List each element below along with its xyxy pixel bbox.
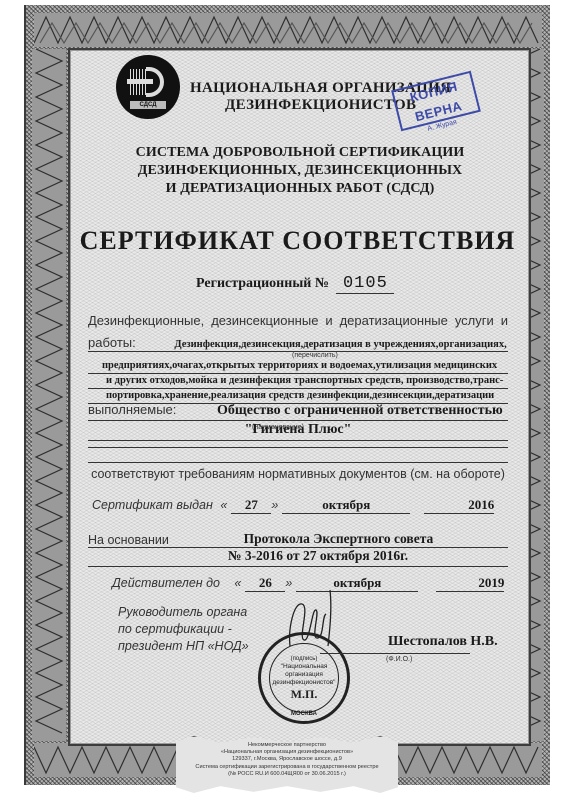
footer-line2: «Национальная организация дезинфекционис… bbox=[176, 749, 398, 756]
services-line: и других отходов,мойка и дезинфекция тра… bbox=[88, 374, 508, 389]
seal-city: МОСКВА bbox=[261, 711, 347, 717]
issued-month: октября bbox=[282, 497, 410, 514]
footer-line1: Некоммерческое партнерство bbox=[176, 742, 398, 749]
guilloche-top-band bbox=[34, 13, 542, 47]
footer-issuer-info: Некоммерческое партнерство «Национальная… bbox=[176, 742, 398, 778]
issued-year: 2016 bbox=[424, 497, 494, 514]
conformity-statement: соответствуют требованиям нормативных до… bbox=[88, 467, 508, 481]
blank-line bbox=[88, 461, 508, 463]
seal-line1: "Национальная bbox=[261, 663, 347, 671]
services-lead-label: работы: bbox=[88, 335, 136, 350]
system-title-line2: ДЕЗИНФЕКЦИОННЫХ, ДЕЗИНСЕКЦИОННЫХ bbox=[120, 162, 480, 180]
head-position-label: Руководитель органа по сертификации - пр… bbox=[118, 604, 249, 655]
performer-line: выполняемые: Общество с ограниченной отв… bbox=[88, 403, 508, 421]
issued-date-row: Сертификат выдан « 27» октября 2016 bbox=[92, 496, 494, 514]
signature-line bbox=[320, 653, 470, 654]
signer-name: Шестопалов Н.В. bbox=[388, 634, 498, 650]
head-label-line1: Руководитель органа bbox=[118, 604, 249, 621]
footer-line5: (№ РОСС RU.И 600.04ЩЯ00 от 30.06.2015 г.… bbox=[176, 771, 398, 778]
valid-until-year: 2019 bbox=[436, 575, 504, 592]
registration-number: 0105 bbox=[336, 274, 394, 294]
services-line: работы: Дезинфекция,дезинсекция,дератиза… bbox=[88, 336, 508, 352]
basis-label: На основании bbox=[88, 533, 169, 547]
footer-line3: 129337, г.Москва, Ярославское шоссе, д.9 bbox=[176, 756, 398, 763]
issued-label: Сертификат выдан bbox=[92, 498, 213, 512]
sdsd-logo-icon: СДСД bbox=[116, 55, 180, 119]
head-label-line2: по сертификации - bbox=[118, 621, 249, 638]
services-intro: Дезинфекционные, дезинсекционные и дерат… bbox=[88, 313, 508, 328]
document-title: СЕРТИФИКАТ СООТВЕТСТВИЯ bbox=[68, 226, 527, 256]
services-text: предприятиях,очагах,открытых территориях… bbox=[102, 360, 497, 371]
certification-system-title: СИСТЕМА ДОБРОВОЛЬНОЙ СЕРТИФИКАЦИИ ДЕЗИНФ… bbox=[120, 144, 480, 198]
performer-lead-label: выполняемые: bbox=[88, 402, 176, 417]
registration-row: Регистрационный № 0105 bbox=[196, 274, 394, 294]
performer-line: "Гигиена Плюс" bbox=[88, 423, 508, 441]
basis-line2: № 3-2016 от 27 октября 2016г. bbox=[88, 548, 508, 567]
system-title-line1: СИСТЕМА ДОБРОВОЛЬНОЙ СЕРТИФИКАЦИИ bbox=[120, 144, 480, 162]
services-line: предприятиях,очагах,открытых территориях… bbox=[88, 359, 508, 374]
valid-until-label: Действителен до bbox=[112, 576, 220, 590]
basis-line1: Протокола Экспертного совета bbox=[169, 531, 508, 547]
head-label-line3: президент НП «НОД» bbox=[118, 638, 249, 655]
services-text: портировка,хранение,реализация средств д… bbox=[106, 390, 494, 401]
services-text: Дезинфекция,дезинсекция,дератизация в уч… bbox=[174, 339, 506, 350]
registration-label: Регистрационный № bbox=[196, 276, 329, 291]
performer-name-line2: "Гигиена Плюс" bbox=[245, 422, 352, 437]
signature-caption: (подпись) bbox=[261, 655, 347, 663]
seal-line3: дезинфекционистов" bbox=[261, 679, 347, 687]
seal-mp: М.П. bbox=[261, 687, 347, 701]
performer-name-line1: Общество с ограниченной ответственностью bbox=[217, 403, 503, 418]
signer-name-caption: (Ф.И.О.) bbox=[386, 656, 412, 663]
seal-line2: организация bbox=[261, 671, 347, 679]
system-title-line3: И ДЕРАТИЗАЦИОННЫХ РАБОТ (СДСД) bbox=[120, 180, 480, 198]
services-caption: (перечислить) bbox=[292, 352, 338, 359]
services-text: и других отходов,мойка и дезинфекция тра… bbox=[106, 375, 503, 386]
guilloche-left-band bbox=[32, 49, 66, 741]
official-seal: (подпись) "Национальная организация дези… bbox=[258, 632, 350, 724]
issued-day: 27 bbox=[231, 497, 271, 514]
logo-text: СДСД bbox=[130, 101, 166, 109]
basis-row: На основании Протокола Экспертного совет… bbox=[88, 530, 508, 567]
blank-line bbox=[88, 446, 508, 448]
footer-line4: Система сертификации зарегистрирована в … bbox=[176, 764, 398, 771]
